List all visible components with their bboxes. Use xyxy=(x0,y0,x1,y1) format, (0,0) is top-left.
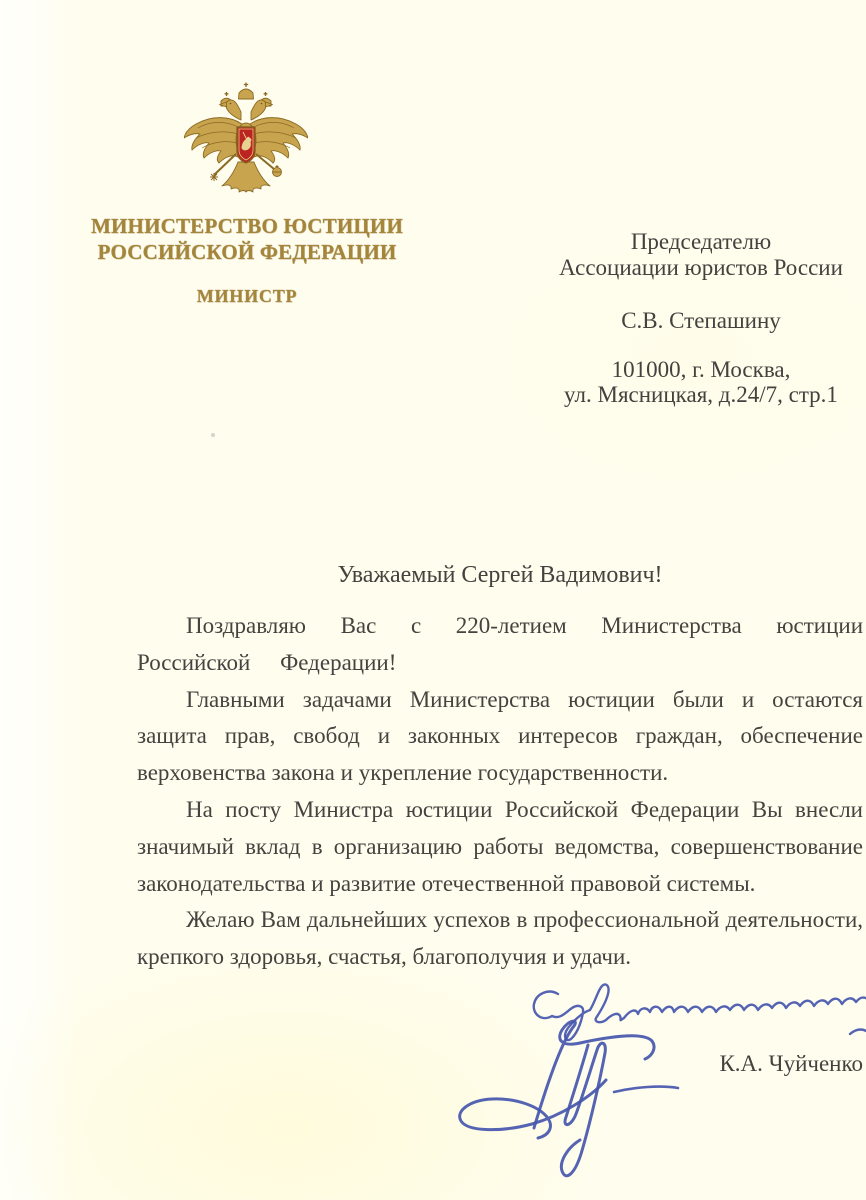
recipient-address-line1: 101000, г. Москва, xyxy=(540,357,862,383)
ministry-name-line1: МИНИСТЕРСТВО ЮСТИЦИИ xyxy=(90,213,404,239)
scan-speck xyxy=(211,433,215,437)
letter-paragraph: Поздравляю Вас с 220-летием Министерства… xyxy=(137,608,863,682)
minister-title: МИНИСТР xyxy=(90,286,404,307)
recipient-address-line2: ул. Мясницкая, д.24/7, стр.1 xyxy=(540,382,862,408)
letter-paragraph: Желаю Вам дальнейших успехов в профессио… xyxy=(137,902,863,976)
salutation: Уважаемый Сергей Вадимович! xyxy=(137,562,863,589)
emblem-red-shield xyxy=(237,127,255,163)
recipient-block: Председателю Ассоциации юристов России С… xyxy=(540,229,862,408)
signer-name: К.А. Чуйченко xyxy=(540,1051,863,1077)
double-headed-eagle-icon xyxy=(184,82,308,200)
letter-body: Поздравляю Вас с 220-летием Министерства… xyxy=(137,608,863,976)
recipient-name: С.В. Степашину xyxy=(540,308,862,334)
letter-paragraph: Главными задачами Министерства юстиции б… xyxy=(137,682,863,792)
recipient-organization: Ассоциации юристов России xyxy=(540,255,862,281)
letterhead: МИНИСТЕРСТВО ЮСТИЦИИ РОССИЙСКОЙ ФЕДЕРАЦИ… xyxy=(90,213,404,307)
recipient-position: Председателю xyxy=(540,229,862,255)
handwritten-closing xyxy=(534,984,866,1040)
ink-overlay xyxy=(0,0,866,1200)
letter-page: МИНИСТЕРСТВО ЮСТИЦИИ РОССИЙСКОЙ ФЕДЕРАЦИ… xyxy=(0,0,866,1200)
letter-paragraph: На посту Министра юстиции Российской Фед… xyxy=(137,792,863,902)
handwritten-signature xyxy=(460,1021,678,1176)
ministry-name-line2: РОССИЙСКОЙ ФЕДЕРАЦИИ xyxy=(90,239,404,265)
